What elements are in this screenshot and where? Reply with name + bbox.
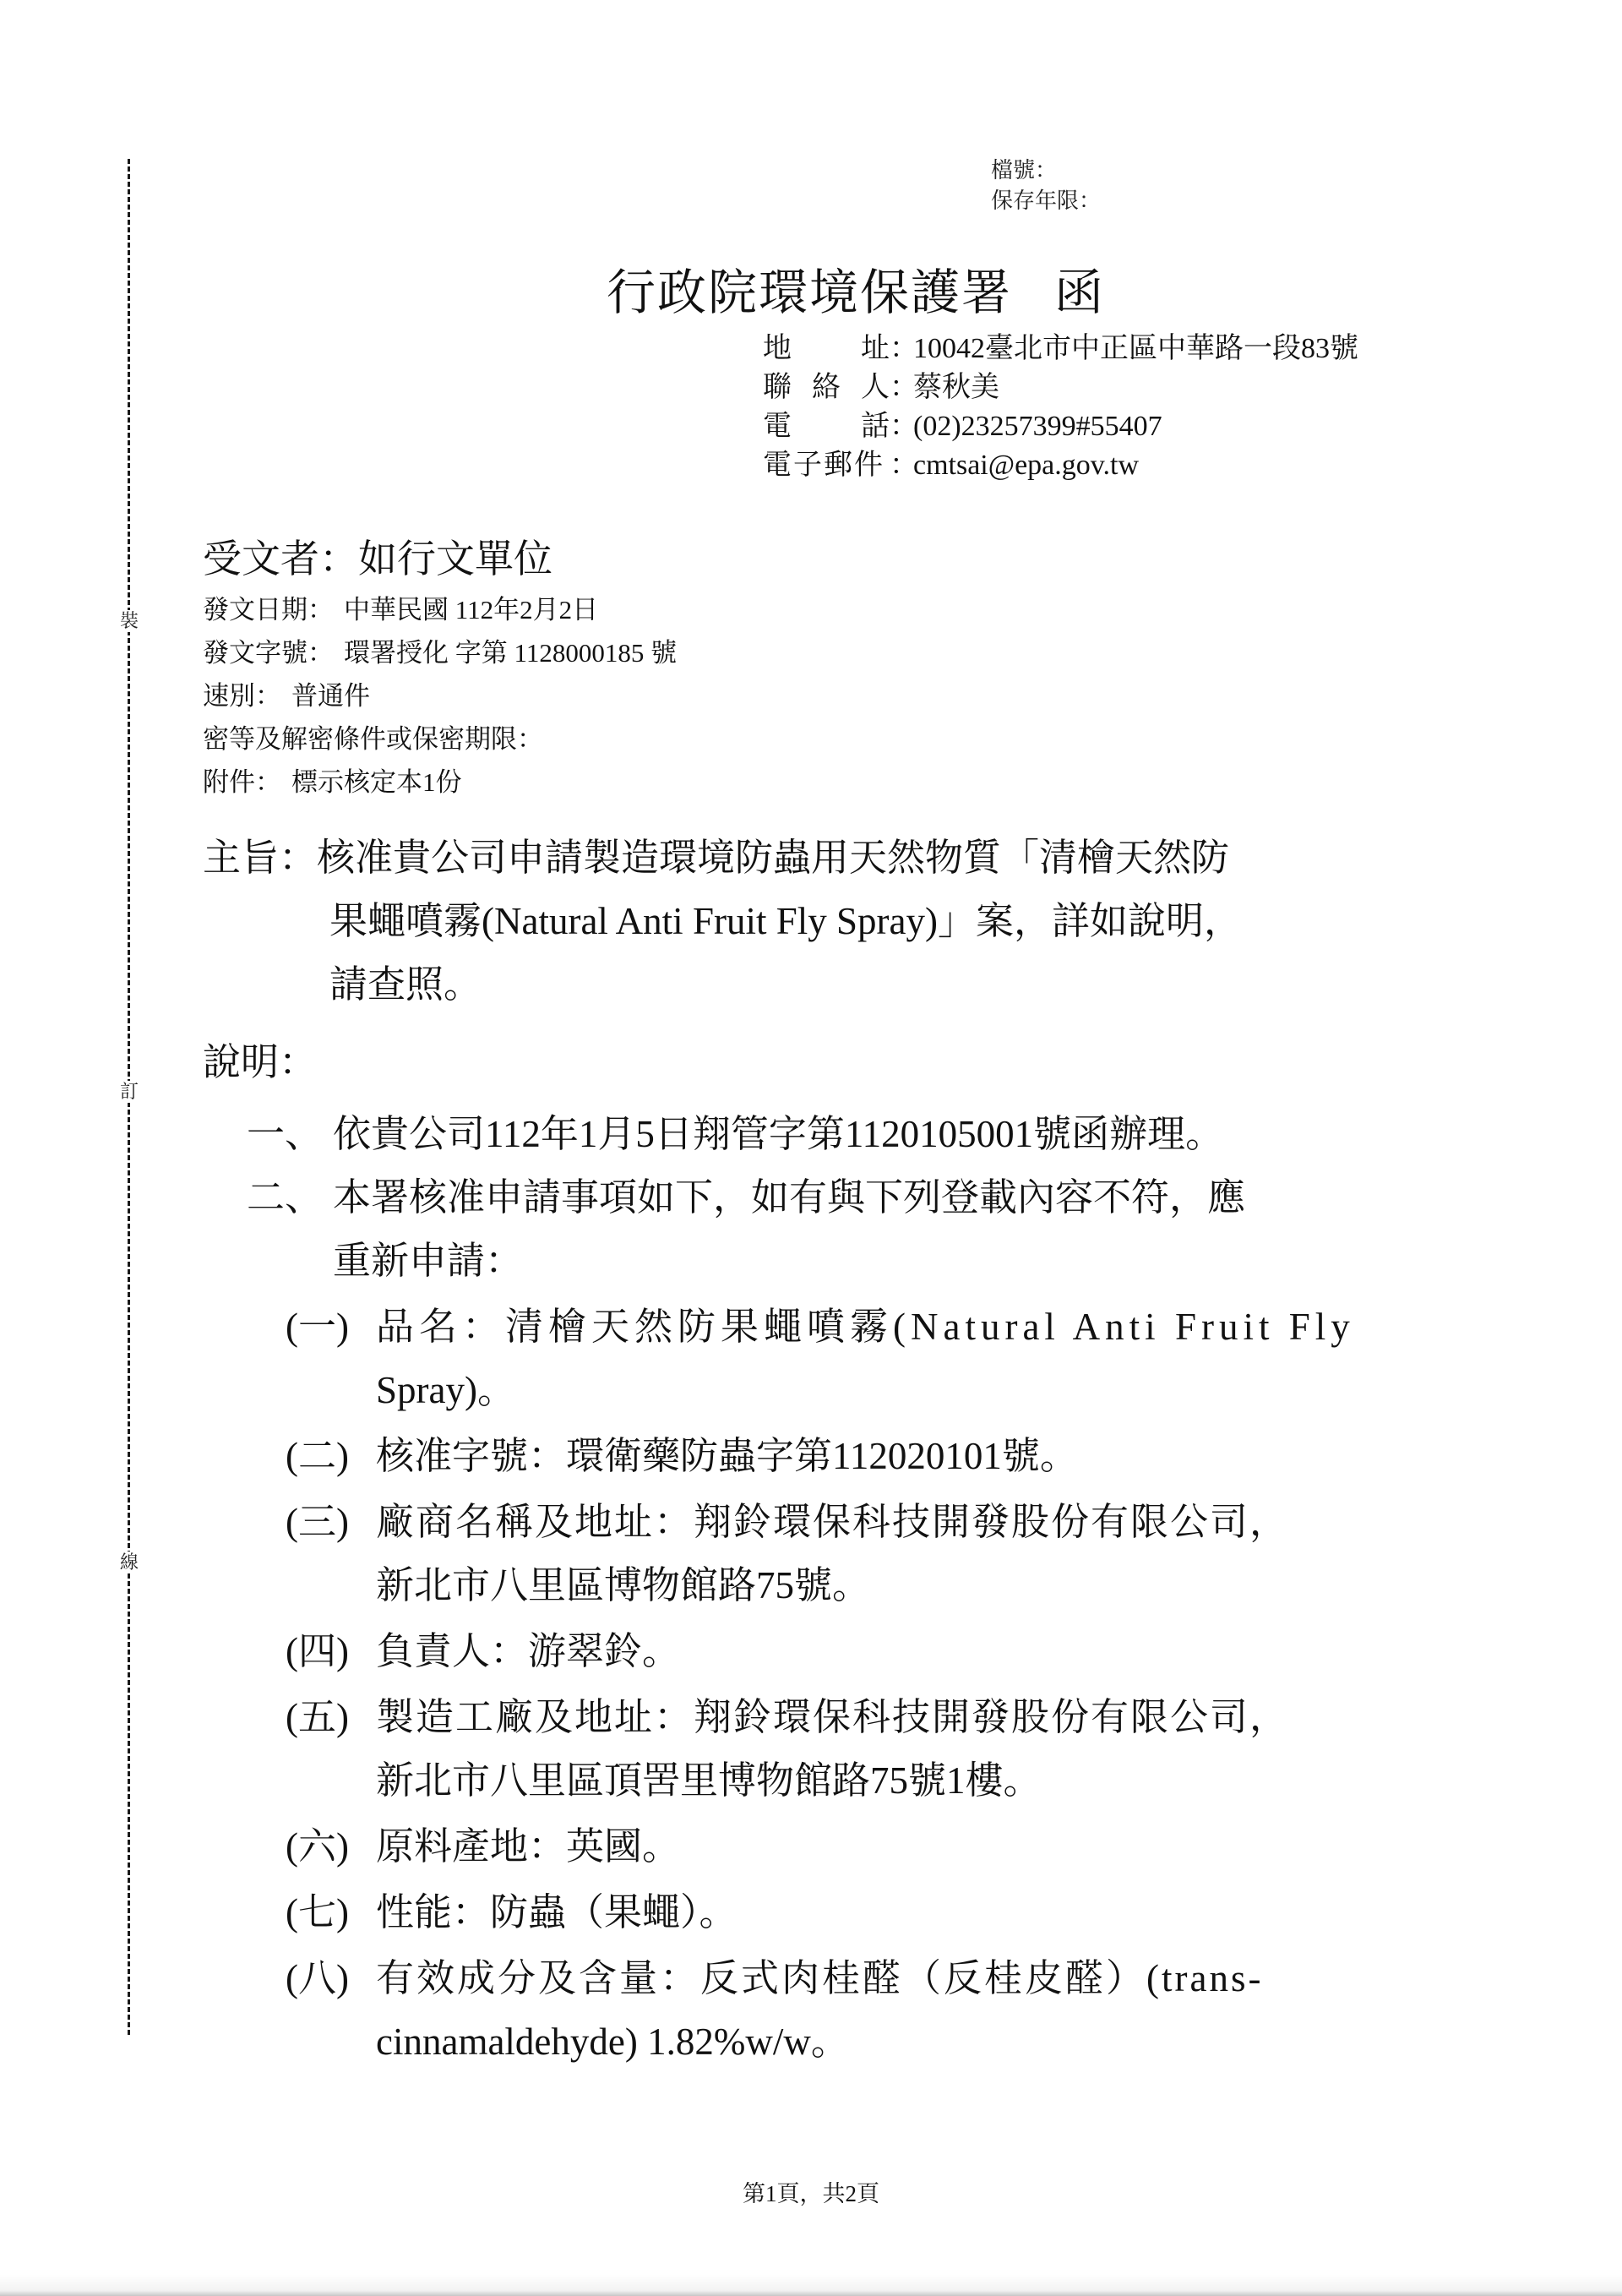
- subject-line-3: 請查照。: [203, 953, 1428, 1017]
- sub-number: (三): [286, 1491, 376, 1617]
- email-label: 電子郵件: [763, 446, 890, 485]
- retention-label: 保存年限：: [991, 186, 1101, 216]
- speed-value: 普通件: [291, 681, 370, 711]
- sub-text-continued: 新北市八里區博物館路75號。: [376, 1554, 1418, 1617]
- contact-person-label: 聯絡人: [763, 368, 890, 407]
- item-text-continued: 重新申請：: [247, 1230, 1245, 1293]
- subject-label: 主旨：: [203, 837, 317, 879]
- sub-text: 品名：清檜天然防果蠅噴霧(Natural Anti Fruit Fly: [376, 1295, 1418, 1359]
- contact-address-row: 地址 ： 10042臺北市中正區中華路一段83號: [763, 330, 1358, 368]
- file-meta: 檔號： 保存年限：: [991, 155, 1101, 216]
- dispatch-date-label: 發文日期：: [203, 595, 334, 624]
- attachment-value: 標示核定本1份: [291, 767, 462, 797]
- page-bottom-edge: [0, 2274, 1622, 2296]
- item-text: 本署核准申請事項如下，如有與下列登載內容不符，應: [333, 1166, 1245, 1230]
- sub-text-continued: 新北市八里區頂罟里博物館路75號1樓。: [376, 1749, 1418, 1813]
- detail-item-function: (七) 性能：防蟲（果蠅）。: [286, 1881, 1418, 1944]
- contact-block: 地址 ： 10042臺北市中正區中華路一段83號 聯絡人 ： 蔡秋美 電話 ： …: [763, 330, 1358, 485]
- sub-text-continued: cinnamaldehyde) 1.82%w/w。: [376, 2010, 1418, 2074]
- binding-char-zhuang: 裝: [118, 610, 140, 632]
- sub-number: (六): [286, 1815, 376, 1879]
- address-value: 10042臺北市中正區中華路一段83號: [913, 330, 1358, 368]
- sub-text-continued: Spray)。: [376, 1359, 1418, 1422]
- attachment-label: 附件：: [203, 767, 281, 797]
- address-label: 地址: [763, 330, 890, 368]
- explanation-heading: 說明：: [203, 1037, 317, 1088]
- item-text: 依貴公司112年1月5日翔管字第1120105001號函辦理。: [333, 1103, 1223, 1166]
- item-number: 二、: [247, 1166, 333, 1230]
- explanation-item-1: 一、 依貴公司112年1月5日翔管字第1120105001號函辦理。: [247, 1103, 1245, 1166]
- contact-person-value: 蔡秋美: [913, 368, 999, 407]
- confidentiality-label: 密等及解密條件或保密期限：: [203, 724, 543, 754]
- confidentiality-row: 密等及解密條件或保密期限：: [203, 717, 677, 761]
- detail-item-responsible-person: (四) 負責人：游翠鈴。: [286, 1620, 1418, 1683]
- document-page: 裝 訂 線 檔號： 保存年限： 行政院環境保護署函 地址 ： 10042臺北市中…: [0, 0, 1622, 2296]
- detail-item-approval-number: (二) 核准字號：環衛藥防蟲字第112020101號。: [286, 1425, 1418, 1488]
- attachment-row: 附件：標示核定本1份: [203, 761, 677, 804]
- page-indicator: 第1頁，共2頁: [0, 2179, 1622, 2209]
- sub-text: 性能：防蟲（果蠅）。: [376, 1881, 1418, 1944]
- doc-number-row: 發文字號：環署授化 字第 1128000185 號: [203, 631, 677, 674]
- recipient-line: 受文者：如行文單位: [203, 534, 552, 585]
- explanation-item-2: 二、 本署核准申請事項如下，如有與下列登載內容不符，應: [247, 1166, 1245, 1230]
- sub-number: (一): [286, 1295, 376, 1422]
- item-number: 一、: [247, 1103, 333, 1166]
- sub-text: 核准字號：環衛藥防蟲字第112020101號。: [376, 1425, 1418, 1488]
- detail-item-active-ingredient: (八) 有效成分及含量：反式肉桂醛（反桂皮醛）(trans- cinnamald…: [286, 1947, 1418, 2074]
- explanation-items: 一、 依貴公司112年1月5日翔管字第1120105001號函辦理。 二、 本署…: [247, 1103, 1245, 1293]
- approval-details-list: (一) 品名：清檜天然防果蠅噴霧(Natural Anti Fruit Fly …: [286, 1295, 1418, 2076]
- sub-text: 製造工廠及地址：翔鈴環保科技開發股份有限公司，: [376, 1686, 1418, 1749]
- doc-number-value: 環署授化 字第 1128000185 號: [344, 638, 677, 668]
- phone-value: (02)23257399#55407: [913, 407, 1162, 446]
- sub-text: 原料產地：英國。: [376, 1815, 1418, 1879]
- contact-email-row: 電子郵件 ： cmtsai@epa.gov.tw: [763, 446, 1358, 485]
- speed-label: 速別：: [203, 681, 281, 711]
- dispatch-metadata: 發文日期：中華民國 112年2月2日 發文字號：環署授化 字第 11280001…: [203, 588, 677, 804]
- phone-label: 電話: [763, 407, 890, 446]
- sub-number: (八): [286, 1947, 376, 2074]
- subject-line-1: 核准貴公司申請製造環境防蟲用天然物質「清檜天然防: [317, 837, 1229, 879]
- doc-number-label: 發文字號：: [203, 638, 334, 668]
- recipient-value: 如行文單位: [358, 537, 552, 581]
- sub-text: 負責人：游翠鈴。: [376, 1620, 1418, 1683]
- detail-item-origin: (六) 原料產地：英國。: [286, 1815, 1418, 1879]
- sub-number: (七): [286, 1881, 376, 1944]
- detail-item-manufacturer: (三) 廠商名稱及地址：翔鈴環保科技開發股份有限公司， 新北市八里區博物館路75…: [286, 1491, 1418, 1617]
- binding-char-xian: 線: [118, 1552, 140, 1573]
- detail-item-product-name: (一) 品名：清檜天然防果蠅噴霧(Natural Anti Fruit Fly …: [286, 1295, 1418, 1422]
- sub-number: (五): [286, 1686, 376, 1813]
- subject-line-2: 果蠅噴霧(Natural Anti Fruit Fly Spray)」案，詳如說…: [203, 890, 1428, 953]
- sub-number: (二): [286, 1425, 376, 1488]
- detail-item-factory: (五) 製造工廠及地址：翔鈴環保科技開發股份有限公司， 新北市八里區頂罟里博物館…: [286, 1686, 1418, 1813]
- subject-paragraph: 主旨：核准貴公司申請製造環境防蟲用天然物質「清檜天然防 果蠅噴霧(Natural…: [203, 826, 1428, 1017]
- contact-phone-row: 電話 ： (02)23257399#55407: [763, 407, 1358, 446]
- binding-char-ding: 訂: [118, 1081, 140, 1103]
- sub-text: 廠商名稱及地址：翔鈴環保科技開發股份有限公司，: [376, 1491, 1418, 1554]
- dispatch-date-row: 發文日期：中華民國 112年2月2日: [203, 588, 677, 631]
- sub-number: (四): [286, 1620, 376, 1683]
- speed-row: 速別：普通件: [203, 674, 677, 717]
- document-title: 行政院環境保護署函: [607, 264, 1105, 323]
- file-number-label: 檔號：: [991, 155, 1101, 186]
- sub-text: 有效成分及含量：反式肉桂醛（反桂皮醛）(trans-: [376, 1947, 1418, 2010]
- recipient-label: 受文者：: [203, 537, 358, 581]
- email-value[interactable]: cmtsai@epa.gov.tw: [913, 446, 1139, 485]
- contact-person-row: 聯絡人 ： 蔡秋美: [763, 368, 1358, 407]
- agency-name: 行政院環境保護署: [607, 265, 1012, 320]
- document-type: 函: [1054, 265, 1105, 320]
- dispatch-date-value: 中華民國 112年2月2日: [344, 595, 598, 624]
